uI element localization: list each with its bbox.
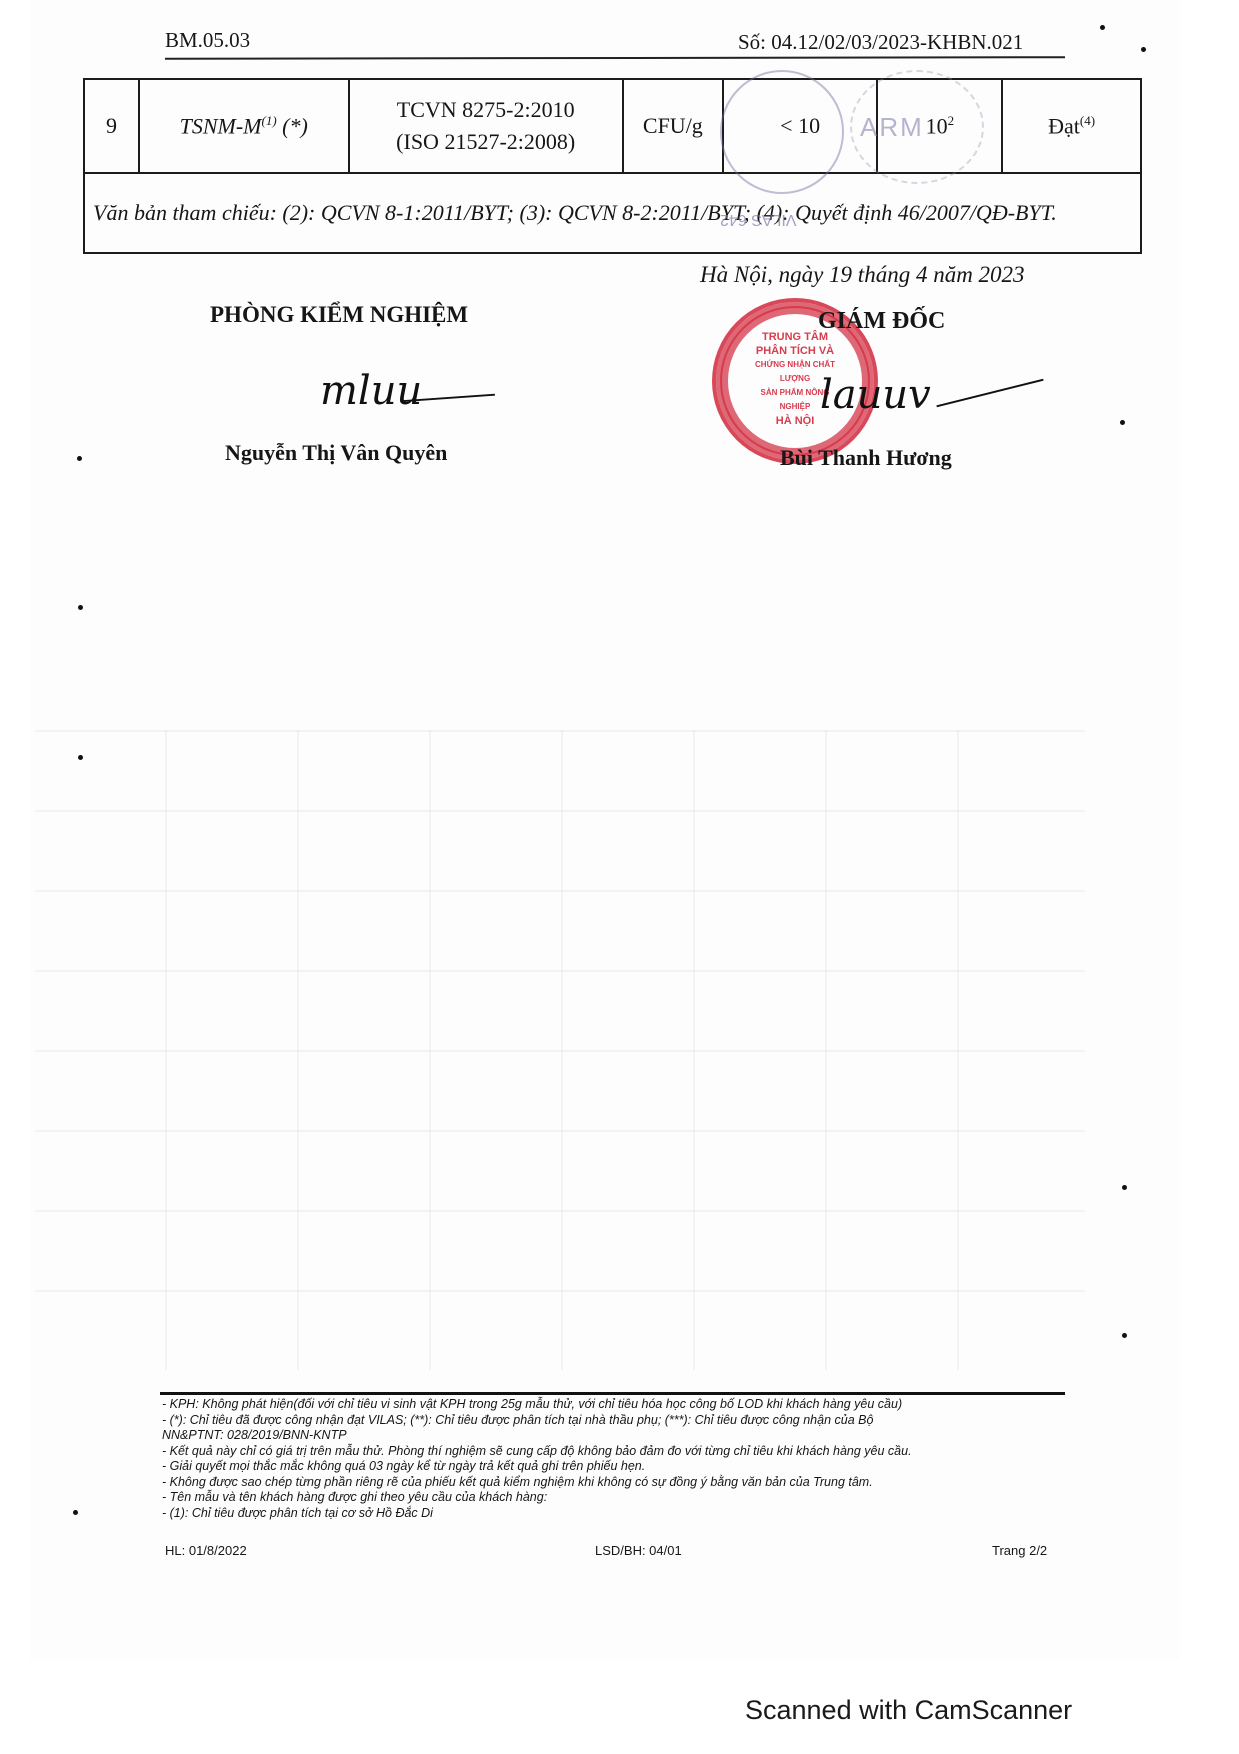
scan-speck: [1122, 1185, 1127, 1190]
row-number: 9: [84, 79, 139, 173]
method-cell: TCVN 8275-2:2010(ISO 21527-2:2008): [349, 79, 623, 173]
footnote: NN&PTNT: 028/2019/BNN-KNTP: [162, 1428, 1062, 1444]
footnote: - Kết quả này chỉ có giá trị trên mẫu th…: [162, 1444, 1062, 1460]
footnote: - Giải quyết mọi thắc mắc không quá 03 n…: [162, 1459, 1062, 1475]
indicator-cell: TSNM-M(1) (*): [139, 79, 349, 173]
footnote-rule: [160, 1392, 1065, 1395]
lab-signer-name: Nguyễn Thị Vân Quyên: [225, 440, 447, 466]
footnote: - (*): Chỉ tiêu đã được công nhận đạt VI…: [162, 1413, 1062, 1429]
footnotes: - KPH: Không phát hiện(đối với chỉ tiêu …: [162, 1397, 1062, 1521]
scan-speck: [1100, 25, 1105, 30]
reference-note: Văn bản tham chiếu: (2): QCVN 8-1:2011/B…: [84, 173, 1141, 253]
lab-signature: mluu: [320, 368, 422, 414]
footnote: - Không được sao chép từng phần riêng rẽ…: [162, 1475, 1062, 1491]
page-number: Trang 2/2: [992, 1543, 1047, 1558]
revision-code: LSD/BH: 04/01: [595, 1543, 682, 1558]
effective-date: HL: 01/8/2022: [165, 1543, 247, 1558]
bleed-through-table: [35, 730, 1085, 1370]
scan-speck: [78, 605, 83, 610]
director-signature: lauuv: [820, 372, 931, 418]
scan-speck: [73, 1510, 78, 1515]
blue-stamp-text: ARM: [860, 112, 924, 143]
date-line: Hà Nội, ngày 19 tháng 4 năm 2023: [700, 262, 1025, 288]
blue-stamp-icon: [720, 70, 844, 194]
assessment-cell: Đạt(4): [1002, 79, 1141, 173]
scan-speck: [77, 456, 82, 461]
director-name: Bùi Thanh Hương: [780, 445, 952, 471]
results-table: 9 TSNM-M(1) (*) TCVN 8275-2:2010(ISO 215…: [83, 78, 1142, 254]
document-number: Số: 04.12/02/03/2023-KHBN.021: [738, 30, 1023, 55]
lab-title: PHÒNG KIỂM NGHIỆM: [210, 302, 468, 328]
scan-speck: [78, 755, 83, 760]
footnote: - (1): Chỉ tiêu được phân tích tại cơ sở…: [162, 1506, 1062, 1522]
unit-cell: CFU/g: [623, 79, 723, 173]
director-title: GIÁM ĐỐC: [818, 308, 945, 335]
footnote: - KPH: Không phát hiện(đối với chỉ tiêu …: [162, 1397, 1062, 1413]
camscanner-watermark: Scanned with CamScanner: [745, 1695, 1072, 1726]
footnote: - Tên mẫu và tên khách hàng được ghi the…: [162, 1490, 1062, 1506]
scan-speck: [1141, 47, 1146, 52]
scan-speck: [1120, 420, 1125, 425]
vilas-stamp-text: VILAS 642: [720, 210, 797, 228]
form-code: BM.05.03: [165, 28, 250, 53]
scan-speck: [1122, 1333, 1127, 1338]
